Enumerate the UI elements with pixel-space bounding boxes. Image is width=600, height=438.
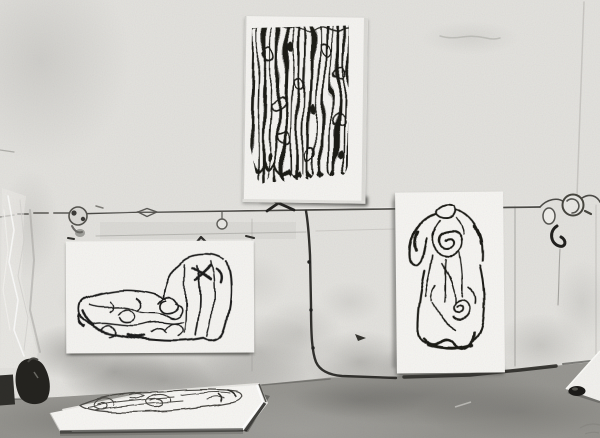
vignette bbox=[0, 0, 600, 438]
studio-photograph bbox=[0, 0, 600, 438]
